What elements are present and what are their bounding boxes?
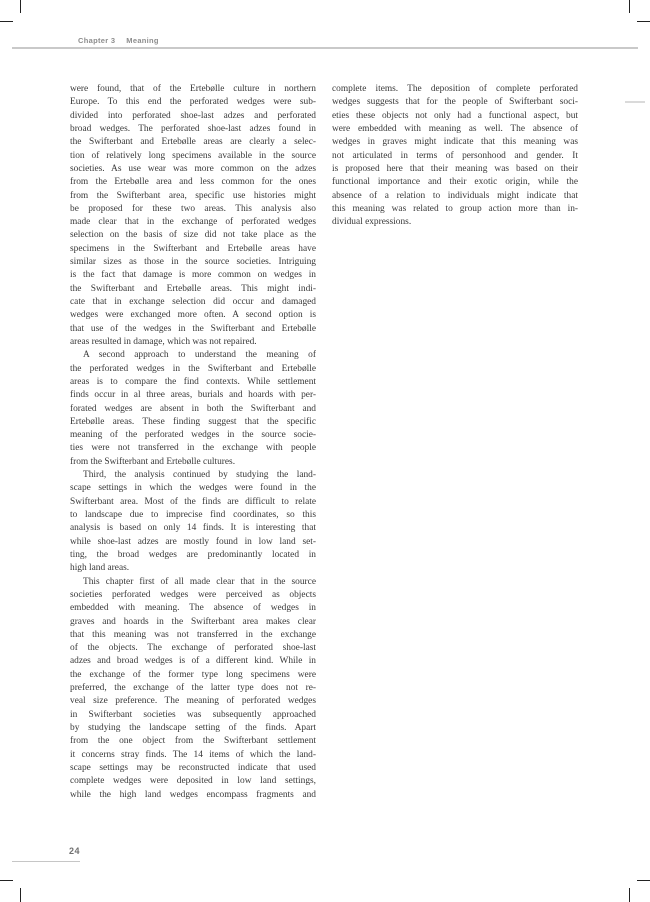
- crop-mark-top-right-horizontal: [637, 21, 650, 22]
- text-line: from the Swifterbant and Ertebølle cultu…: [70, 456, 316, 469]
- text-line: ting, the broad wedges are predominantly…: [70, 549, 316, 562]
- text-line: in Swifterbant societies was subsequentl…: [70, 709, 316, 722]
- crop-mark-top-right-vertical: [629, 0, 630, 13]
- text-line: be proposed for these two areas. This an…: [70, 203, 316, 216]
- paragraph: This chapter first of all made clear tha…: [70, 576, 316, 802]
- right-margin-tick: [625, 101, 645, 103]
- text-line: societies. As use wear was more common o…: [70, 163, 316, 176]
- text-columns: were found, that of the Ertebølle cultur…: [70, 83, 578, 802]
- text-line: to landscape due to imprecise find coord…: [70, 509, 316, 522]
- text-line: adzes and broad wedges is of a different…: [70, 655, 316, 668]
- text-line: is proposed here that their meaning was …: [332, 163, 578, 176]
- paragraph: Third, the analysis continued by studyin…: [70, 469, 316, 576]
- text-line: similar sizes as those in the source soc…: [70, 256, 316, 269]
- text-line: veal size preference. The meaning of per…: [70, 695, 316, 708]
- text-line: of the objects. The exchange of perforat…: [70, 642, 316, 655]
- paragraph: complete items. The deposition of comple…: [332, 83, 578, 229]
- paragraph: A second approach to understand the mean…: [70, 349, 316, 469]
- crop-mark-bottom-right-vertical: [629, 888, 630, 902]
- text-line: A second approach to understand the mean…: [70, 349, 316, 362]
- text-line: selection on the basis of size did not t…: [70, 229, 316, 242]
- text-line: made clear that in the exchange of perfo…: [70, 216, 316, 229]
- book-page: Chapter 3Meaning were found, that of the…: [0, 0, 650, 902]
- text-line: forated wedges are absent in both the Sw…: [70, 403, 316, 416]
- text-line: Third, the analysis continued by studyin…: [70, 469, 316, 482]
- text-line: from the one object from the Swifterbant…: [70, 735, 316, 748]
- text-line: it concerns stray finds. The 14 items of…: [70, 749, 316, 762]
- text-line: complete items. The deposition of comple…: [332, 83, 578, 96]
- text-line: complete wedges were deposited in low la…: [70, 775, 316, 788]
- text-line: by studying the landscape setting of the…: [70, 722, 316, 735]
- text-line: preferred, the exchange of the latter ty…: [70, 682, 316, 695]
- text-line: the exchange of the former type long spe…: [70, 669, 316, 682]
- crop-mark-top-left-horizontal: [0, 21, 13, 22]
- crop-mark-bottom-left-horizontal: [0, 880, 13, 881]
- text-line: finds occur in al three areas, burials a…: [70, 389, 316, 402]
- text-line: high land areas.: [70, 562, 316, 575]
- text-column-right: complete items. The deposition of comple…: [332, 83, 578, 802]
- text-line: while shoe-last adzes are mostly found i…: [70, 536, 316, 549]
- text-line: were embedded with meaning as well. The …: [332, 123, 578, 136]
- text-line: wedges in graves might indicate that thi…: [332, 136, 578, 149]
- text-line: tion of relatively long specimens availa…: [70, 150, 316, 163]
- text-line: scape settings may be reconstructed indi…: [70, 762, 316, 775]
- text-line: were found, that of the Ertebølle cultur…: [70, 83, 316, 96]
- chapter-title-label: Meaning: [126, 36, 159, 45]
- running-head: Chapter 3Meaning: [78, 36, 159, 45]
- text-line: from the Swifterbant area, specific use …: [70, 190, 316, 203]
- text-line: the Swifterbant and Ertebølle areas are …: [70, 136, 316, 149]
- text-line: areas is to compare the find contexts. W…: [70, 376, 316, 389]
- crop-mark-top-left-vertical: [20, 0, 21, 13]
- header-rule: [12, 47, 638, 49]
- text-line: that use of the wedges in the Swifterban…: [70, 323, 316, 336]
- text-line: cate that in exchange selection did occu…: [70, 296, 316, 309]
- chapter-number-label: Chapter 3: [78, 36, 115, 45]
- text-line: societies perforated wedges were perceiv…: [70, 589, 316, 602]
- text-line: while the high land wedges encompass fra…: [70, 789, 316, 802]
- text-line: is the fact that damage is more common o…: [70, 269, 316, 282]
- text-line: that this meaning was not transferred in…: [70, 629, 316, 642]
- text-line: Swifterbant area. Most of the finds are …: [70, 496, 316, 509]
- text-line: dividual expressions.: [332, 216, 578, 229]
- text-line: wedges suggests that for the people of S…: [332, 96, 578, 109]
- text-line: this meaning was related to group action…: [332, 203, 578, 216]
- text-line: from the Ertebølle area and less common …: [70, 176, 316, 189]
- text-line: wedges were exchanged more often. A seco…: [70, 309, 316, 322]
- text-line: functional importance and their exotic o…: [332, 176, 578, 189]
- crop-mark-bottom-right-horizontal: [637, 880, 650, 881]
- text-line: areas resulted in damage, which was not …: [70, 336, 316, 349]
- text-line: the perforated wedges in the Swifterbant…: [70, 363, 316, 376]
- crop-mark-bottom-left-vertical: [20, 888, 21, 902]
- text-line: eties these objects not only had a funct…: [332, 110, 578, 123]
- text-line: absence of a relation to individuals mig…: [332, 190, 578, 203]
- text-line: broad wedges. The perforated shoe-last a…: [70, 123, 316, 136]
- text-column-left: were found, that of the Ertebølle cultur…: [70, 83, 316, 802]
- text-line: Ertebølle areas. These finding suggest t…: [70, 416, 316, 429]
- text-line: not articulated in terms of personhood a…: [332, 150, 578, 163]
- text-line: This chapter first of all made clear tha…: [70, 576, 316, 589]
- text-line: Europe. To this end the perforated wedge…: [70, 96, 316, 109]
- text-line: graves and hoards in the Swifterbant are…: [70, 616, 316, 629]
- paragraph: were found, that of the Ertebølle cultur…: [70, 83, 316, 349]
- page-number-rule: [12, 861, 80, 862]
- text-line: scape settings in which the wedges were …: [70, 482, 316, 495]
- page-number: 24: [12, 846, 80, 856]
- text-line: meaning of the perforated wedges in the …: [70, 429, 316, 442]
- text-line: embedded with meaning. The absence of we…: [70, 602, 316, 615]
- text-line: analysis is based on only 14 finds. It i…: [70, 522, 316, 535]
- text-line: specimens in the Swifterbant and Ertebøl…: [70, 243, 316, 256]
- text-line: ties were not transferred in the exchang…: [70, 442, 316, 455]
- text-line: divided into perforated shoe-last adzes …: [70, 110, 316, 123]
- text-line: the Swifterbant and Ertebølle areas. Thi…: [70, 283, 316, 296]
